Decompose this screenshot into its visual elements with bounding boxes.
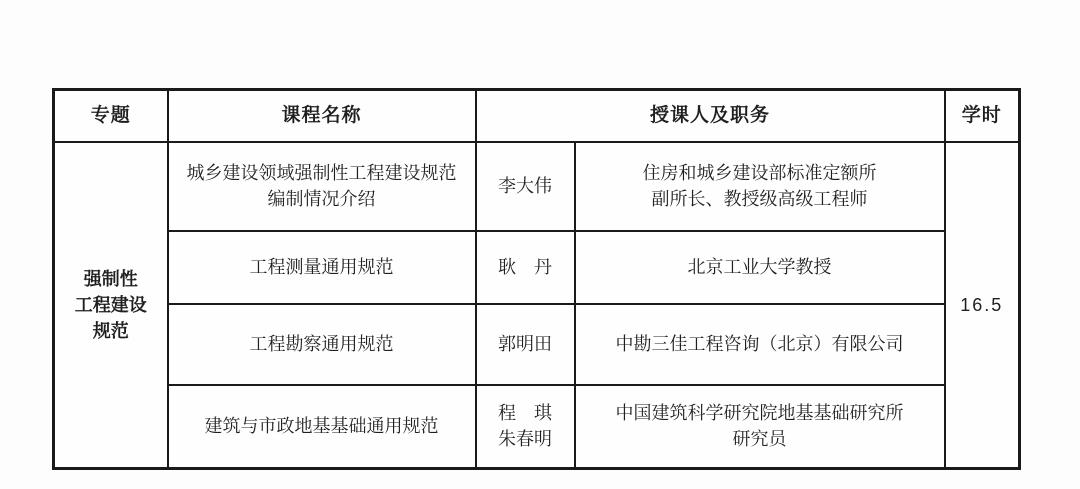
lecturer-title-cell: 中勘三佳工程咨询（北京）有限公司 [575, 304, 945, 385]
course-name-cell: 建筑与市政地基基础通用规范 [168, 385, 476, 469]
table-row: 强制性 工程建设 规范 城乡建设领域强制性工程建设规范 编制情况介绍 李大伟 住… [54, 142, 1020, 231]
lecturer-name-cell: 郭明田 [476, 304, 575, 385]
lecturer-title-cell: 北京工业大学教授 [575, 231, 945, 304]
lecturer-title-cell: 中国建筑科学研究院地基基础研究所 研究员 [575, 385, 945, 469]
total-hours-cell: 16.5 [945, 142, 1020, 469]
table-row: 建筑与市政地基基础通用规范 程 琪 朱春明 中国建筑科学研究院地基基础研究所 研… [54, 385, 1020, 469]
lecturer-name-cell: 耿 丹 [476, 231, 575, 304]
table-row: 工程勘察通用规范 郭明田 中勘三佳工程咨询（北京）有限公司 [54, 304, 1020, 385]
table-row: 工程测量通用规范 耿 丹 北京工业大学教授 [54, 231, 1020, 304]
topic-group-cell: 强制性 工程建设 规范 [54, 142, 168, 469]
header-lecturer: 授课人及职务 [476, 90, 945, 142]
header-row: 专题 课程名称 授课人及职务 学时 [54, 90, 1020, 142]
header-hours: 学时 [945, 90, 1020, 142]
header-course-name: 课程名称 [168, 90, 476, 142]
document-page: 专题 课程名称 授课人及职务 学时 强制性 工程建设 规范 城乡建设领域强制性工… [0, 0, 1080, 489]
lecturer-name-cell: 李大伟 [476, 142, 575, 231]
course-schedule-table: 专题 课程名称 授课人及职务 学时 强制性 工程建设 规范 城乡建设领域强制性工… [52, 88, 1021, 470]
lecturer-name-cell: 程 琪 朱春明 [476, 385, 575, 469]
course-name-cell: 工程勘察通用规范 [168, 304, 476, 385]
header-topic: 专题 [54, 90, 168, 142]
course-name-cell: 工程测量通用规范 [168, 231, 476, 304]
lecturer-title-cell: 住房和城乡建设部标准定额所 副所长、教授级高级工程师 [575, 142, 945, 231]
course-name-cell: 城乡建设领域强制性工程建设规范 编制情况介绍 [168, 142, 476, 231]
